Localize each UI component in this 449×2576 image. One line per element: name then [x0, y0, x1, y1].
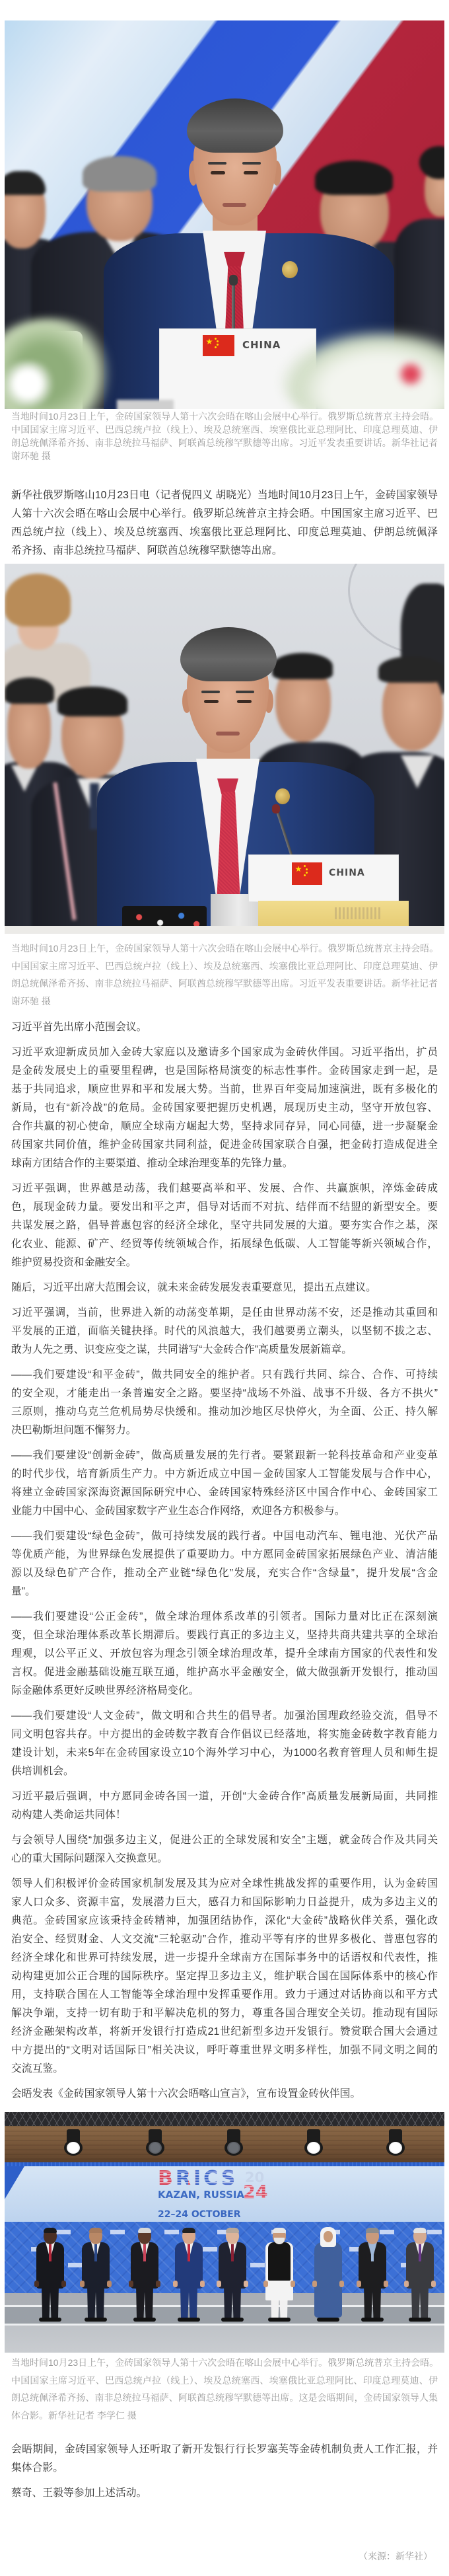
flag-star-icon	[304, 874, 306, 876]
paragraph: 领导人们积极评价金砖国家机制发展及其为应对全球性挑战发挥的重要作用，认为金砖国家…	[11, 1875, 438, 2078]
caption-line: 中国国家主席习近平、巴西总统卢拉（线上）、埃及总统塞西、埃塞俄比亚总理阿比、印度…	[11, 423, 438, 436]
shoes	[221, 2318, 244, 2322]
paragraph: 习近平强调，世界越是动荡，我们越要高举和平、发展、合作、共赢旗帜，淬炼金砖成色，…	[11, 1180, 438, 1272]
eyebrow	[242, 162, 261, 165]
paragraph-line: 敢为人先之勇、识变应变之谋，共同谱写“大金砖合作”高质量发展新篇章。	[11, 1341, 438, 1359]
paragraph-line: 理观，以公平正义、开放包容为理念引领全球治理改革，提升全球南方国家的代表性和发	[11, 1645, 438, 1663]
photo-caption: 当地时间10月23日上午，金砖国家领导人第十六次会晤在喀山会展中心举行。俄罗斯总…	[0, 2354, 449, 2425]
backdrop-logo-mark	[250, 2263, 265, 2267]
hair	[366, 2228, 379, 2233]
banner-dates: 22–24 OCTOBER	[158, 2209, 240, 2220]
hair	[44, 2228, 57, 2233]
lamp-glass	[227, 2142, 240, 2154]
article-section: 会晤期间，金砖国家领导人还听取了新开发银行行长罗塞芙等金砖机制负责人工作汇报，并…	[0, 2441, 449, 2503]
paragraph-line: ——我们要建设“人文金砖”，做文明和合共生的倡导者。加强治国理政经验交流，倡导不	[11, 1707, 438, 1725]
shoes	[361, 2318, 384, 2322]
paragraph-line: 变，但全球治理体系改革长期滞后。要践行真正的多边主义，坚持共商共建共享的全球治	[11, 1626, 438, 1645]
paragraph-line: 治安全、经贸财金、人文交流“三轮驱动”合作，推动平等有序的世界多极化、普惠包容的	[11, 1930, 438, 1949]
paragraph-line: 会晤发表《金砖国家领导人第十六次会晤喀山宣言》，宣布设置金砖伙伴国。	[11, 2085, 438, 2103]
caption-line: 中国国家主席习近平、巴西总统卢拉（线上）、埃及总统塞西、埃塞俄比亚总理阿比、印度…	[11, 958, 438, 975]
ceiling-truss	[5, 2112, 444, 2126]
summit-badge	[282, 261, 298, 278]
paragraph-line: 领导人们积极评价金砖国家机制发展及其为应对全球性挑战发挥的重要作用，认为金砖国	[11, 1875, 438, 1893]
delegate-hair	[378, 656, 444, 683]
paragraph-line: 共谋发展之路，倡导普惠包容的经济全球化，坚守共同发展的大道。要夯实合作之基，深	[11, 1217, 438, 1235]
paragraph-line: 是金砖发展史上的重要里程碑，也是国际格局演变的标志性事件。金砖国家走到一起，是	[11, 1062, 438, 1080]
eyebrow	[236, 691, 254, 693]
paragraph-line: 习近平强调，世界越是动荡，我们越要高举和平、发展、合作、共赢旗帜，淬炼金砖成	[11, 1180, 438, 1198]
flag-star-icon	[295, 866, 302, 872]
paragraph-line: 源以及绿色矿产合作，推动全产业链“绿色化”发展，充实合作“含绿量”，提升发展“含…	[11, 1564, 438, 1583]
paragraph-line: 用，支持联合国在人工智能等全球治理中发挥重要作用。致力于通过对话协商以和平方式	[11, 1986, 438, 2004]
caption-line: 中国国家主席习近平、巴西总统卢拉（线上）、埃及总统塞西、埃塞俄比亚总理阿比、印度…	[11, 2372, 438, 2390]
delegate-hair	[5, 677, 54, 704]
paragraph-line: 合作共赢的初心使命，顺应全球南方崛起大势，坚持求同存异，同心同德，进一步凝聚金	[11, 1118, 438, 1136]
flag-star-icon	[304, 865, 306, 867]
hair	[413, 2228, 427, 2233]
paragraph-line: 将建立金砖国家深海资源国际研究中心、金砖国家特殊经济区中国合作中心、金砖国家工	[11, 1484, 438, 1502]
caption-line: 谢环驰 摄	[11, 993, 438, 1010]
shoes	[133, 2318, 156, 2322]
microphone	[229, 275, 238, 285]
delegate-hair	[57, 687, 127, 716]
paragraph: ——我们要建设“绿色金砖”，做可持续发展的践行者。中国电动汽车、锂电池、光伏产品…	[11, 1527, 438, 1601]
leader-figure	[35, 2228, 65, 2322]
leader-figure	[174, 2228, 204, 2322]
legs	[136, 2286, 153, 2319]
flag-star-icon	[215, 346, 217, 348]
paragraph-line: 的安全观，才能走出一条普遍安全之路。要坚持“战场不外溢、战事不升级、各方不拱火”	[11, 1384, 438, 1403]
hand	[61, 2281, 66, 2287]
shoes	[85, 2318, 107, 2322]
hand	[200, 2281, 205, 2287]
caption-line: 谢环驰 摄	[11, 449, 438, 463]
delegate-hair	[419, 146, 444, 179]
lamp-glass	[389, 2142, 402, 2154]
caption-line: 体合影。新华社记者 李学仁 摄	[11, 2407, 438, 2425]
eyebrow	[208, 162, 226, 165]
delegate-hair	[5, 171, 46, 195]
delegate-hair	[5, 574, 71, 626]
hair	[89, 2228, 102, 2233]
name-plate-label: CHINA	[242, 339, 281, 351]
paragraph-line: 维护贸易投资和金融安全。	[11, 1254, 438, 1272]
hand	[129, 2281, 133, 2287]
stage-light	[386, 2129, 405, 2156]
hand	[80, 2281, 85, 2287]
article-section: 新华社俄罗斯喀山10月23日电（记者倪四义 胡晓光）当地时间10月23日上午，金…	[0, 486, 449, 560]
paragraph-line: 三原则，推动乌克兰危机局势尽快缓和。推动加沙地区尽快停火，为全面、公正、持久解	[11, 1403, 438, 1421]
photo-group-portrait: BRICS 20 24 KAZAN, RUSSIA 22–24 OCTOBER	[5, 2112, 444, 2353]
paragraph-line: 西总统卢拉（线上）、埃及总统塞西、埃塞俄比亚总理阿比、印度总理莫迪、伊朗总统佩泽	[11, 523, 438, 542]
tie	[188, 2244, 190, 2261]
brics-logo-wordmark: BRICS	[158, 2169, 238, 2189]
leader-figure	[357, 2228, 388, 2322]
leader-figure	[264, 2228, 294, 2322]
hand	[312, 2281, 317, 2287]
flag-star-icon	[217, 344, 219, 346]
caption-line: 朗总统佩泽希齐扬、南非总统拉马福萨、阿联酋总统穆罕默德等出席。这是会晤期间，金砖…	[11, 2389, 438, 2407]
paragraph: 随后，习近平出席大范围会议，就未来金砖发展发表重要意见，提出五点建议。	[11, 1279, 438, 1297]
hand	[156, 2281, 160, 2287]
shoes	[39, 2318, 61, 2322]
paragraph-line: 习近平强调，当前，世界进入新的动荡变革期，是任由世界动荡不安，还是推动其重回和	[11, 1304, 438, 1322]
stage-light	[304, 2129, 323, 2156]
paragraph-line: 随后，习近平出席大范围会议，就未来金砖发展发表重要意见，提出五点建议。	[11, 1279, 438, 1297]
paragraph-line: 等优质产能，为世界绿色发展提供了重要助力。中方愿同金砖国家拓展绿色产业、清洁能	[11, 1546, 438, 1564]
tie	[371, 2244, 374, 2261]
caption-line: 当地时间10月23日上午，金砖国家领导人第十六次会晤在喀山会展中心举行。俄罗斯总…	[11, 410, 438, 423]
caption-line: 朗总统佩泽希齐扬、南非总统拉马福萨、阿联酋总统穆罕默德等出席。习近平发表重要讲话…	[11, 975, 438, 993]
vest	[268, 2242, 291, 2281]
leader-figure	[217, 2228, 248, 2322]
paragraph-line: 球南方团结合作的主要渠道、推动全球治理变革的先锋力量。	[11, 1155, 438, 1173]
eye	[244, 171, 258, 174]
paragraph-line: 基于共同追求，顺应世界和平和发展大势。当前，世界百年变局加速演进，既有多极化的	[11, 1080, 438, 1099]
paragraph-line: 希齐扬、南非总统拉马福萨、阿联酋总统穆罕默德等出席。	[11, 542, 438, 560]
legs	[87, 2286, 104, 2319]
article-section: 习近平首先出席小范围会议。习近平欢迎新成员加入金砖大家庭以及邀请多个国家成为金砖…	[0, 1018, 449, 2103]
paragraph: 与会领导人围绕“加强多边主义，促进公正的全球发展和安全”主题，就金砖合作及共同关…	[11, 1831, 438, 1868]
paragraph-line: 砖国家共同价值，维护金砖国家共同利益，促进金砖国家联合自强，把金砖打造成促进全	[11, 1136, 438, 1155]
head	[324, 2231, 333, 2242]
stage-floor	[5, 2326, 444, 2353]
lamp-glass	[67, 2142, 80, 2154]
paragraph: 会晤发表《金砖国家领导人第十六次会晤喀山宣言》，宣布设置金砖伙伴国。	[11, 2085, 438, 2103]
shoes	[317, 2318, 339, 2322]
paragraph-line: 蔡奇、王毅等参加上述活动。	[11, 2484, 438, 2503]
photo-caption: 当地时间10月23日上午，金砖国家领导人第十六次会晤在喀山会展中心举行。俄罗斯总…	[0, 940, 449, 1010]
paragraph-line: 中方提出的“文明对话国际日”相关决议，呼吁尊重世界文明多样性，加强不同文明之间的	[11, 2041, 438, 2060]
eyebrow	[201, 691, 220, 693]
eye	[204, 700, 219, 703]
china-flag-icon	[292, 862, 322, 885]
paragraph: 新华社俄罗斯喀山10月23日电（记者倪四义 胡晓光）当地时间10月23日上午，金…	[11, 486, 438, 560]
leader-figure	[81, 2228, 111, 2322]
paragraph-line: 心的重大国际问题深入交换意见。	[11, 1850, 438, 1868]
paragraph: ——我们要建设“人文金砖”，做文明和合共生的倡导者。加强治国理政经验交流，倡导不…	[11, 1707, 438, 1781]
paragraph-line: 新局，也有“新冷战”的危局。金砖国家要把握历史机遇，展现历史主动，坚守开放包容、	[11, 1099, 438, 1118]
hand	[244, 2281, 248, 2287]
hair	[273, 2228, 286, 2233]
hand	[173, 2281, 178, 2287]
mouth	[216, 732, 240, 736]
photo-caption: 当地时间10月23日上午，金砖国家领导人第十六次会晤在喀山会展中心举行。俄罗斯总…	[0, 410, 449, 463]
paragraph-line: 习近平首先出席小范围会议。	[11, 1018, 438, 1037]
tie	[94, 2244, 97, 2261]
photo-summit-speech-2: CHINA	[5, 564, 444, 934]
paragraph: 蔡奇、王毅等参加上述活动。	[11, 2484, 438, 2503]
legs	[224, 2286, 241, 2319]
paragraph-line: 解决争端，支持一切有助于和平解决危机的努力，尊重各国合理安全关切。推动现有国际	[11, 2004, 438, 2023]
paragraph-line: 业能力中国中心、金砖国家数字产业生态合作网络，欢迎各方积极参与。	[11, 1502, 438, 1521]
paragraph: 习近平欢迎新成员加入金砖大家庭以及邀请多个国家成为金砖伙伴国。习近平指出，扩员是…	[11, 1043, 438, 1173]
leader-figure	[129, 2228, 160, 2322]
table-edge	[5, 926, 444, 934]
hair	[138, 2228, 151, 2233]
summit-plate-logo	[335, 907, 381, 919]
paragraph-line: 决巴勒斯坦问题不懈努力。	[11, 1421, 438, 1440]
paragraph: 习近平首先出席小范围会议。	[11, 1018, 438, 1037]
delegate-hair	[83, 156, 156, 192]
mouth	[223, 203, 246, 207]
paragraph-line: ——我们要建设“和平金砖”，做共同安全的维护者。只有践行共同、综合、合作、可持续	[11, 1366, 438, 1384]
hand	[263, 2281, 268, 2287]
lamp-glass	[307, 2142, 320, 2154]
flag-star-icon	[215, 338, 217, 340]
tie	[231, 2244, 234, 2261]
legs	[42, 2286, 59, 2319]
hand	[431, 2281, 436, 2287]
shoes	[268, 2318, 291, 2322]
stage-light	[224, 2129, 243, 2156]
flag-star-icon	[306, 868, 308, 870]
paragraph-line: 化农业、能源、矿产、经贸等传统领域合作，拓展绿色低碳、人工智能等新兴领域合作，	[11, 1235, 438, 1254]
tie	[49, 2244, 52, 2261]
shoes	[178, 2318, 200, 2322]
banner-location: KAZAN, RUSSIA	[158, 2189, 244, 2200]
backdrop-logo-mark	[203, 2247, 217, 2252]
hand	[384, 2281, 388, 2287]
caption-line: 朗总统佩泽希齐扬、南非总统拉马福萨、阿联酋总统穆罕默德等出席。习近平发表重要讲话…	[11, 436, 438, 449]
paragraph-line: ——我们要建设“绿色金砖”，做可持续发展的践行者。中国电动汽车、锂电池、光伏产品	[11, 1527, 438, 1546]
name-plate-label: CHINA	[329, 868, 365, 878]
paragraph-line: 量”。	[11, 1583, 438, 1601]
backdrop-logo-mark	[110, 2230, 125, 2234]
paragraph-line: 新华社俄罗斯喀山10月23日电（记者倪四义 胡晓光）当地时间10月23日上午，金…	[11, 486, 438, 505]
stage-light	[64, 2129, 83, 2156]
legs	[364, 2286, 381, 2319]
hand	[339, 2281, 344, 2287]
summit-plate	[258, 901, 409, 927]
paragraph-line: 集体合影。	[11, 2459, 438, 2478]
leader-figure	[405, 2228, 435, 2322]
hand	[34, 2281, 39, 2287]
paragraph-line: 经济全球化和世界可持续发展，进一步提升全球南方在国际事务中的话语权和代表性，推	[11, 1949, 438, 1967]
paragraph-line: 的时代步伐，培育新质生产力。中方新近成立中国－金砖国家人工智能发展与合作中心，	[11, 1465, 438, 1484]
paragraph-line: 动构建更加公正合理的国际秩序。坚定捍卫多边主义，维护联合国在国际体系中的核心作	[11, 1967, 438, 1986]
tie	[419, 2244, 421, 2261]
paragraph-line: 际金融体系更好反映世界经济格局变化。	[11, 1682, 438, 1700]
shoes	[409, 2318, 431, 2322]
hand	[217, 2281, 221, 2287]
china-flag-icon	[203, 335, 234, 356]
hair	[226, 2228, 239, 2233]
flag-star-icon	[306, 872, 308, 874]
hand	[404, 2281, 409, 2287]
photo-summit-speech-1: CHINA	[5, 20, 444, 409]
paragraph-line: 习近平最后强调，中方愿同金砖各国一道，开创“大金砖合作”高质量发展新局面，共同推	[11, 1788, 438, 1806]
paragraph-line: 经济金融架构改革，将新开发银行打造成21世纪新型多边开发银行。赞赏联合国大会通过	[11, 2023, 438, 2041]
paragraph-line: 人第十六次会晤在喀山会展中心举行。俄罗斯总统普京主持会晤。中国国家主席习近平、巴	[11, 505, 438, 523]
tie	[143, 2244, 146, 2261]
brics-logo-year-bottom: 24	[243, 2183, 268, 2202]
paragraph-line: 习近平欢迎新成员加入金砖大家庭以及邀请多个国家成为金砖伙伴国。习近平指出，扩员	[11, 1043, 438, 1062]
delegate-hair	[315, 161, 393, 195]
legs	[180, 2286, 197, 2319]
paragraph-line: ——我们要建设“公正金砖”，做全球治理体系改革的引领者。国际力量对比正在深刻演	[11, 1608, 438, 1626]
hand	[107, 2281, 112, 2287]
delegate-hair	[272, 653, 333, 679]
paragraph-line: 动构建人类命运共同体！	[11, 1806, 438, 1825]
lamp-glass	[149, 2142, 162, 2154]
flag-star-icon	[206, 338, 213, 345]
leader-figure	[313, 2228, 343, 2322]
paragraph-line: 平发展的正道，面临关键抉择。时代的风浪越大，我们越要勇立潮头，以坚韧不拔之志、	[11, 1322, 438, 1341]
paragraph-line: 典范。金砖国家应该秉持金砖精神，加强团结协作，深化“大金砖”战略伙伴关系，强化政	[11, 1912, 438, 1930]
paragraph: ——我们要建设“公正金砖”，做全球治理体系改革的引领者。国际力量对比正在深刻演变…	[11, 1608, 438, 1700]
eye	[237, 700, 252, 703]
hair	[182, 2228, 195, 2233]
flag-star-icon	[217, 340, 219, 342]
stage-light	[146, 2129, 164, 2156]
paragraph: 会晤期间，金砖国家领导人还听取了新开发银行行长罗塞芙等金砖机制负责人工作汇报，并…	[11, 2441, 438, 2478]
paragraph: 习近平强调，当前，世界进入新的动荡变革期，是任由世界动荡不安，还是推动其重回和平…	[11, 1304, 438, 1359]
paragraph-line: 家人口众多、资源丰富，发展潜力巨大，感召力和国际影响力日益提升，成为多边主义的	[11, 1893, 438, 1912]
foreground-flowers	[401, 364, 421, 384]
paragraph: 习近平最后强调，中方愿同金砖各国一道，开创“大金砖合作”高质量发展新局面，共同推…	[11, 1788, 438, 1825]
paragraph-line: 交流互鉴。	[11, 2060, 438, 2078]
article: CHINA 当地时间10月23日上午，金砖国家领导人第十六次会晤在喀山会展中心举…	[0, 0, 449, 2563]
hand	[357, 2281, 361, 2287]
paragraph-line: 言权。促进金融基础设施互联互通，维护高水平金融安全，做大做强新开发银行，推动国	[11, 1663, 438, 1682]
caption-line: 当地时间10月23日上午，金砖国家领导人第十六次会晤在喀山会展中心举行。俄罗斯总…	[11, 940, 438, 958]
table-object	[117, 400, 174, 409]
paragraph: ——我们要建设“和平金砖”，做共同安全的维护者。只有践行共同、综合、合作、可持续…	[11, 1366, 438, 1440]
paragraph-line: 供培训机会。	[11, 1762, 438, 1781]
paragraph-line: 色，展现金砖力量。要发出和平之声，倡导对话而不对抗、结伴而不结盟的新型安全。要	[11, 1198, 438, 1217]
source-credit: （来源：新华社）	[0, 2549, 449, 2563]
summit-badge	[275, 788, 290, 804]
microphone	[272, 804, 280, 814]
caption-line: 当地时间10月23日上午，金砖国家领导人第十六次会晤在喀山会展中心举行。俄罗斯总…	[11, 2354, 438, 2372]
paragraph-line: ——我们要建设“创新金砖”，做高质量发展的先行者。要紧跟新一轮科技革命和产业变革	[11, 1447, 438, 1465]
paragraph: ——我们要建设“创新金砖”，做高质量发展的先行者。要紧跟新一轮科技革命和产业变革…	[11, 1447, 438, 1521]
name-plate: CHINA	[248, 854, 399, 902]
robe	[314, 2242, 342, 2318]
paragraph-line: 同文明包容共存。中方提出的金砖数字教育合作倡议已经落地，将实施金砖数字教育能力	[11, 1725, 438, 1744]
paragraph-line: 与会领导人围绕“加强多边主义，促进公正的全球发展和安全”主题，就金砖合作及共同关	[11, 1831, 438, 1850]
legs	[411, 2286, 429, 2319]
hand	[291, 2281, 295, 2287]
paragraph-line: 建设计划，未来5年在金砖国家设立10个海外学习中心，为1000名教育管理人员和师…	[11, 1744, 438, 1762]
eye	[211, 171, 225, 174]
paragraph-line: 会晤期间，金砖国家领导人还听取了新开发银行行长罗塞芙等金砖机制负责人工作汇报，并	[11, 2441, 438, 2459]
